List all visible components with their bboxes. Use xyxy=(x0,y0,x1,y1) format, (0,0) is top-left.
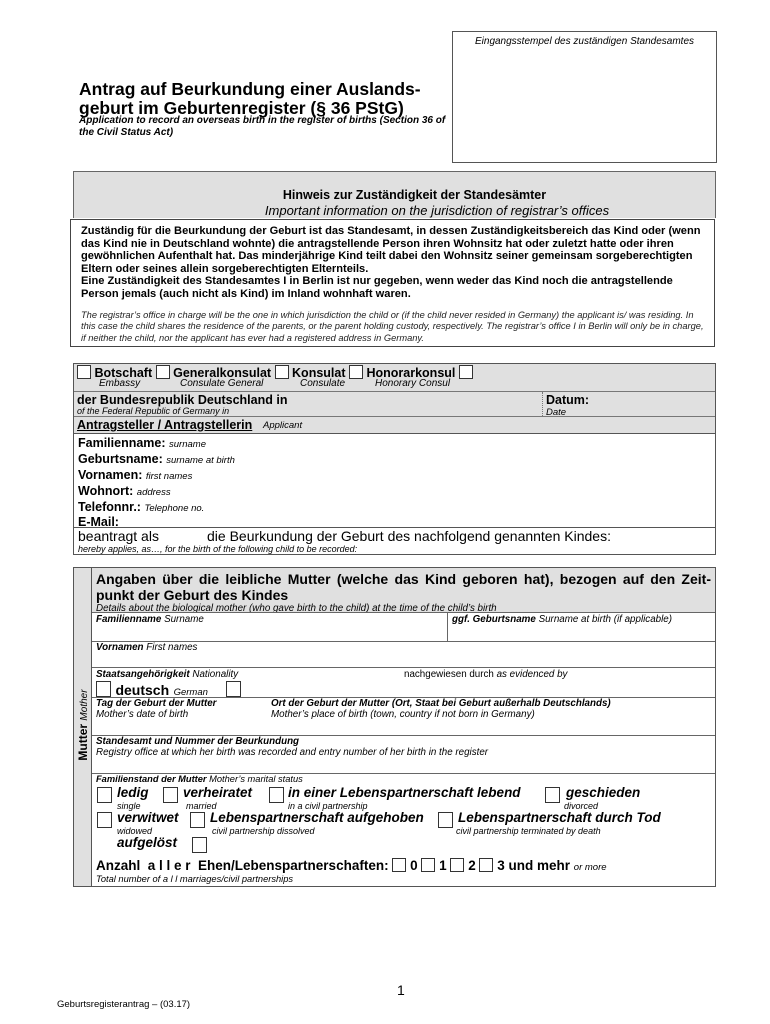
marriage-count-en: Total number of a l l marriages/civil pa… xyxy=(96,874,293,884)
mother-surname-row: Familienname Surname ggf. Geburtsname Su… xyxy=(92,612,715,641)
checkbox-count-2[interactable] xyxy=(450,858,464,872)
country-label-de: der Bundesrepublik Deutschland in xyxy=(77,393,287,407)
checkbox-civil-partnership[interactable] xyxy=(269,787,284,803)
date-field[interactable]: Datum: Date xyxy=(542,392,589,416)
mother-registry-field[interactable]: Standesamt und Nummer der BeurkundungReg… xyxy=(92,735,715,773)
applicant-heading-de: Antragsteller / Antragstellerin xyxy=(77,418,252,432)
mother-side-label: Mutter Mother xyxy=(76,680,90,770)
marriage-count-row: Anzahl a l l e r Ehen/Lebenspartnerschaf… xyxy=(96,858,607,873)
german-label: deutsch xyxy=(115,682,169,698)
option-embassy-en: Embassy xyxy=(99,378,140,389)
notice-body-de: Zuständig für die Beurkundung der Geburt… xyxy=(81,225,704,301)
mother-surname-field[interactable]: Familienname Surname xyxy=(96,614,204,625)
field-birth-surname[interactable]: Geburtsname: surname at birth xyxy=(78,452,235,466)
mother-main: Angaben über die leibliche Mutter (welch… xyxy=(92,568,715,886)
checkbox-married[interactable] xyxy=(163,787,178,803)
mother-section: Mutter Mother Angaben über die leibliche… xyxy=(73,567,716,887)
evidenced-by-label: nachgewiesen durch as evidenced by xyxy=(404,669,567,680)
mother-heading: Angaben über die leibliche Mutter (welch… xyxy=(92,568,715,612)
mother-marital-row: Familienstand der Mutter Mother’s marita… xyxy=(92,773,715,886)
title-line-1: Antrag auf Beurkundung einer Auslands- xyxy=(79,80,459,99)
checkbox-widowed[interactable] xyxy=(97,812,112,828)
notice-body-en: The registrar’s office in charge will be… xyxy=(81,310,704,345)
mother-firstnames-field[interactable]: Vornamen First names xyxy=(92,641,715,667)
checkbox-single[interactable] xyxy=(97,787,112,803)
page-number: 1 xyxy=(397,982,405,998)
checkbox-count-1[interactable] xyxy=(421,858,435,872)
checkbox-honorary-consul[interactable] xyxy=(349,365,363,379)
mother-heading-de: Angaben über die leibliche Mutter (welch… xyxy=(96,571,711,603)
applicant-heading-row: Antragsteller / Antragstellerin Applican… xyxy=(74,416,715,433)
checkbox-partnership-terminated-box[interactable] xyxy=(192,837,207,853)
country-row: der Bundesrepublik Deutschland in of the… xyxy=(74,391,715,416)
applies-for-label: die Beurkundung der Geburt des nachfolge… xyxy=(207,528,611,544)
mother-nationality-row: Staatsangehörigkeit Nationality nachgewi… xyxy=(92,667,715,697)
checkbox-count-0[interactable] xyxy=(392,858,406,872)
field-telephone[interactable]: Telefonnr.: Telephone no. xyxy=(78,500,204,514)
page-subtitle: Application to record an overseas birth … xyxy=(79,115,449,138)
notice-body: Zuständig für die Beurkundung der Geburt… xyxy=(70,219,715,347)
option-honorary-consul-en: Honorary Consul xyxy=(375,378,450,389)
checkbox-embassy[interactable] xyxy=(77,365,91,379)
applies-as-row[interactable]: beantragt als die Beurkundung der Geburt… xyxy=(74,527,715,554)
applicant-section: Botschaft Generalkonsulat Konsulat Honor… xyxy=(73,363,716,555)
checkbox-consulate[interactable] xyxy=(275,365,289,379)
mother-birth-row: Tag der Geburt der MutterMother’s date o… xyxy=(92,697,715,735)
checkbox-partnership-dissolved[interactable] xyxy=(190,812,205,828)
notice-heading-de: Hinweis zur Zuständigkeit der Standesämt… xyxy=(74,188,715,202)
checkbox-german[interactable] xyxy=(96,681,111,697)
page-title: Antrag auf Beurkundung einer Auslands- g… xyxy=(79,80,459,118)
mother-dob-field[interactable]: Tag der Geburt der MutterMother’s date o… xyxy=(96,698,216,720)
checkbox-honorary-consul-box[interactable] xyxy=(459,365,473,379)
mother-side-column: Mutter Mother xyxy=(74,568,92,886)
applies-as-label: beantragt als xyxy=(78,528,159,544)
field-first-names[interactable]: Vornamen: first names xyxy=(78,468,192,482)
applicant-fields: Familienname: surname Geburtsname: surna… xyxy=(74,433,715,528)
checkbox-divorced[interactable] xyxy=(545,787,560,803)
mother-birthname-field[interactable]: ggf. Geburtsname Surname at birth (if ap… xyxy=(447,613,448,641)
form-code: Geburtsregisterantrag – (03.17) xyxy=(57,999,190,1010)
date-label-de: Datum: xyxy=(546,393,589,407)
checkbox-partnership-terminated[interactable] xyxy=(438,812,453,828)
country-label-en: of the Federal Republic of Germany in xyxy=(77,406,229,416)
option-consulate-en: Consulate xyxy=(300,378,345,389)
checkbox-other-nationality[interactable] xyxy=(226,681,241,697)
notice-heading-en: Important information on the jurisdictio… xyxy=(74,203,715,218)
field-surname[interactable]: Familienname: surname xyxy=(78,436,206,450)
applies-en-label: hereby applies, as…, for the birth of th… xyxy=(78,544,357,554)
checkbox-consulate-general[interactable] xyxy=(156,365,170,379)
stamp-label: Eingangsstempel des zuständigen Standesa… xyxy=(453,36,716,47)
applicant-heading-en: Applicant xyxy=(263,420,302,431)
office-type-row: Botschaft Generalkonsulat Konsulat Honor… xyxy=(74,364,715,391)
mother-pob-field[interactable]: Ort der Geburt der Mutter (Ort, Staat be… xyxy=(271,698,611,720)
field-address[interactable]: Wohnort: address xyxy=(78,484,171,498)
option-consulate-general-en: Consulate General xyxy=(180,378,263,389)
checkbox-count-3-plus[interactable] xyxy=(479,858,493,872)
receipt-stamp-box: Eingangsstempel des zuständigen Standesa… xyxy=(452,31,717,163)
notice-header: Hinweis zur Zuständigkeit der Standesämt… xyxy=(73,171,716,218)
